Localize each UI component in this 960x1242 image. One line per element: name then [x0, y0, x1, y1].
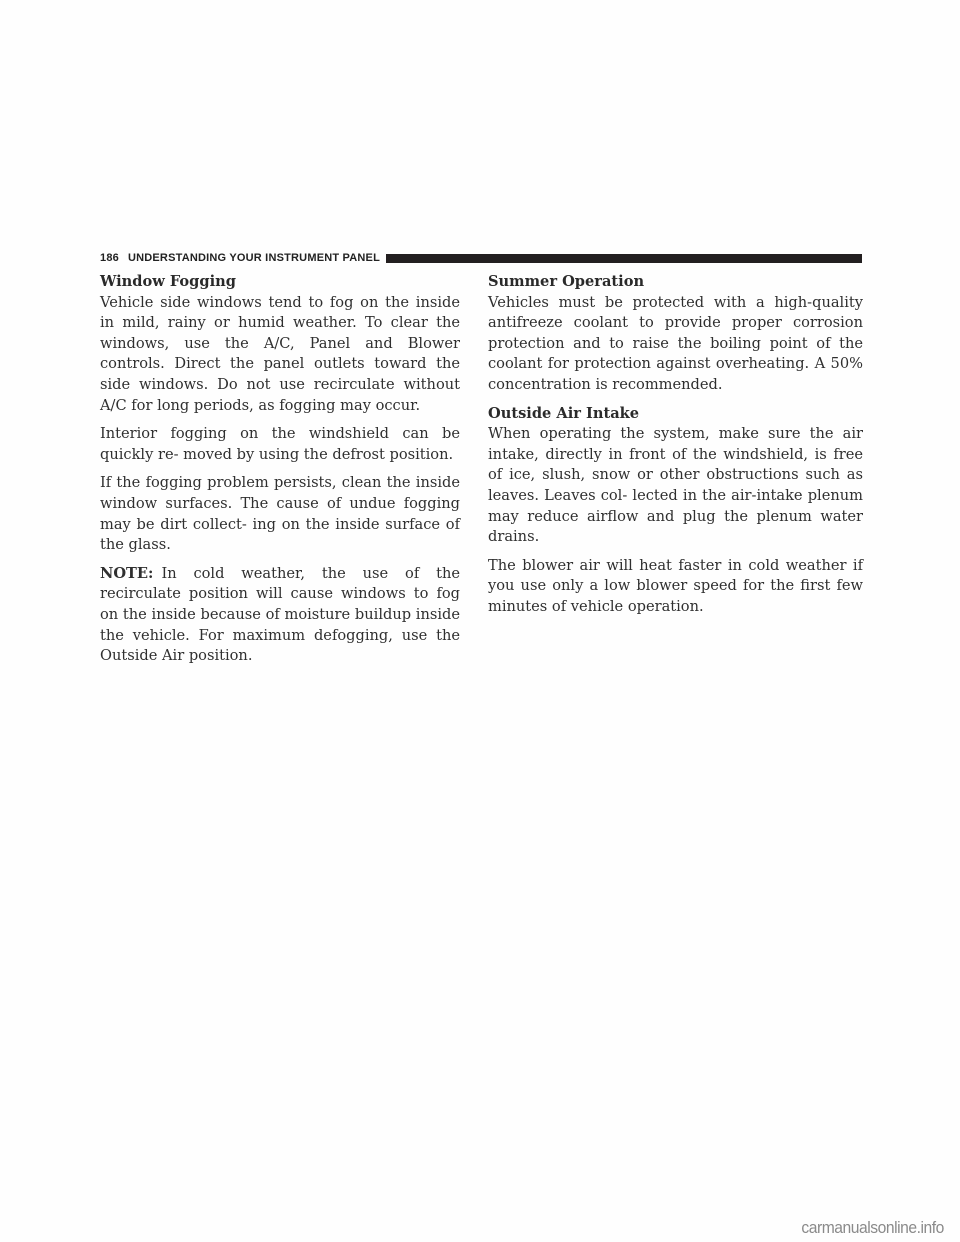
header-rule	[386, 254, 862, 263]
paragraph: When operating the system, make sure the…	[488, 424, 863, 548]
section-window-fogging: Window Fogging Vehicle side windows tend…	[100, 272, 460, 667]
right-column: Summer Operation Vehicles must be protec…	[488, 272, 863, 626]
note-label: NOTE:	[100, 565, 153, 582]
section-heading: Outside Air Intake	[488, 404, 863, 425]
section-heading: Window Fogging	[100, 272, 460, 293]
paragraph: Interior fogging on the windshield can b…	[100, 424, 460, 465]
section-summer-operation: Summer Operation Vehicles must be protec…	[488, 272, 863, 396]
paragraph: The blower air will heat faster in cold …	[488, 556, 863, 618]
note-paragraph: NOTE:In cold weather, the use of the rec…	[100, 564, 460, 667]
paragraph: If the fogging problem persists, clean t…	[100, 473, 460, 555]
left-column: Window Fogging Vehicle side windows tend…	[100, 272, 460, 675]
watermark: carmanualsonline.info	[802, 1218, 944, 1238]
paragraph: Vehicles must be protected with a high-q…	[488, 293, 863, 396]
note-text: In cold weather, the use of the recircul…	[100, 565, 460, 664]
section-heading: Summer Operation	[488, 272, 863, 293]
paragraph: Vehicle side windows tend to fog on the …	[100, 293, 460, 417]
chapter-title: UNDERSTANDING YOUR INSTRUMENT PANEL	[128, 252, 380, 264]
section-outside-air-intake: Outside Air Intake When operating the sy…	[488, 404, 863, 618]
page-header: 186 UNDERSTANDING YOUR INSTRUMENT PANEL	[100, 251, 862, 265]
page-number: 186	[100, 252, 119, 264]
